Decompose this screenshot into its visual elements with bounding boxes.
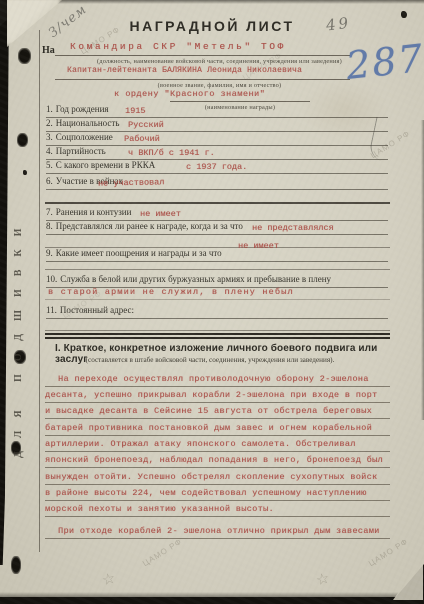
form-line — [170, 101, 310, 102]
citation-line: десанта, успешно прикрывал корабли 2-эше… — [45, 386, 390, 403]
form-vertical-rule — [39, 30, 40, 552]
field-nationality: 2.Национальность Русский — [46, 118, 388, 132]
field-rkka-service-since: 5.С какого времени в РККА с 1937 года. — [46, 160, 388, 174]
field-wounds: 7.Ранения и контузии не имеет — [46, 207, 388, 221]
field-label: Представлялся ли ранее к награде, когда … — [56, 221, 243, 231]
field-birth-year: 1.Год рождения 1915 — [46, 104, 388, 118]
field-value: не участвовал — [98, 177, 165, 188]
archive-watermark: ЦАМО РФ — [367, 537, 410, 568]
scan-edge-bottom — [0, 597, 424, 604]
punch-hole — [18, 48, 31, 64]
archive-watermark: ЦАМО РФ — [141, 537, 184, 568]
scan-edge-left — [0, 0, 9, 565]
citation-line: На переходе осуществлял противолодочную … — [45, 370, 390, 387]
field-label: Постоянный адрес: — [60, 305, 134, 315]
field-value: Рабочий — [124, 134, 160, 144]
field-label: Соцположение — [56, 132, 113, 142]
citation-text: и высадке десанта в Сейсине 15 августа о… — [45, 406, 372, 416]
field-party-membership: 4.Партийность ч ВКП/б с 1941 г. — [46, 146, 388, 160]
rank-name-caption: (военное звание, фамилия, имя и отчество… — [72, 82, 367, 89]
field-label: Партийность — [56, 146, 106, 156]
field-value: Русский — [128, 120, 164, 130]
field-label: Национальность — [56, 118, 120, 128]
field-number: 1. — [46, 104, 53, 114]
field-label: Ранения и контузии — [56, 207, 132, 217]
award-sheet-document: ЦАМО РФ ЦАМО РФ ЦАМО РФ ЦАМО РФ ЦАМО РФ … — [0, 0, 424, 604]
field-value: 1915 — [125, 106, 145, 116]
citation-line: артиллерии. Отражал атаку японского само… — [45, 435, 390, 452]
form-line — [45, 269, 390, 270]
field-value: не представлялся — [252, 223, 334, 233]
field-number: 2. — [46, 118, 53, 128]
form-line — [45, 299, 390, 300]
citation-text: в районе высоты 224, чем содействовал ус… — [45, 488, 367, 498]
form-line — [55, 55, 350, 56]
field-white-army-service: 10.Служба в белой или других буржуазных … — [46, 274, 388, 288]
double-rule — [45, 337, 390, 339]
field-value: в старой армии не служил, в плену небыл — [48, 287, 294, 297]
citation-line: и высадке десанта в Сейсине 15 августа о… — [45, 402, 390, 419]
field-commendations: 9.Какие имеет поощрения и награды и за ч… — [46, 248, 388, 262]
citation-text: При отходе кораблей 2- эшелона отлично п… — [45, 526, 380, 536]
ink-speck — [401, 11, 407, 18]
field-value: не имеет — [238, 241, 279, 251]
field-value: с 1937 года. — [186, 162, 247, 172]
folded-corner-bottom-right — [393, 558, 423, 600]
citation-text: десанта, успешно прикрывал корабли 2-эше… — [45, 390, 378, 400]
star-watermark-icon: ☆ — [100, 569, 118, 591]
field-previous-nominations: 8.Представлялся ли ранее к награде, когд… — [46, 221, 388, 235]
scan-edge-top — [55, 0, 424, 4]
field-value: ч ВКП/б с 1941 г. — [128, 148, 215, 158]
field-number: 9. — [46, 248, 53, 258]
field-number: 5. — [46, 160, 53, 170]
citation-text: артиллерии. Отражал атаку японского само… — [45, 439, 356, 449]
field-label: Год рождения — [56, 104, 109, 114]
section-separator-line — [45, 202, 390, 204]
citation-line: японский бронепоезд, наблюдал попадания … — [45, 451, 390, 468]
citation-text: морской пехоты и занятию указанной высот… — [45, 504, 274, 514]
citation-text: вынужден отойти. Успешно обстрелял скопл… — [45, 472, 378, 482]
field-label: С какого времени в РККА — [56, 160, 155, 170]
double-rule — [45, 333, 390, 335]
field-number: 4. — [46, 146, 53, 156]
citation-line: в районе высоты 224, чем содействовал ус… — [45, 484, 390, 501]
form-line — [45, 330, 390, 331]
field-number: 8. — [46, 221, 53, 231]
citation-line: вынужден отойти. Успешно обстрелял скопл… — [45, 468, 390, 485]
field-label: Какие имеет поощрения и награды и за что — [56, 248, 222, 258]
na-label: На — [42, 45, 55, 56]
field-permanent-address: 11.Постоянный адрес: — [46, 305, 388, 319]
position-unit-value: Командира СКР "Метель" ТОФ — [70, 41, 286, 52]
field-war-participation: 6.Участие в войнах не участвовал — [46, 176, 388, 190]
field-social-position: 3.Соцположение Рабочий — [46, 132, 388, 146]
form-line — [55, 79, 350, 80]
margin-filing-text: ДЛЯ ПОДШИВКИ — [13, 88, 24, 458]
field-number: 10. — [46, 274, 57, 284]
field-number: 7. — [46, 207, 53, 217]
section1-subheading: (составляется в штабе войсковой части, с… — [45, 356, 375, 364]
field-number: 11. — [46, 305, 57, 315]
punch-hole — [11, 556, 21, 574]
rank-name-value: Капитан-лейтенанта БАЛЯКИНА Леонида Нико… — [67, 66, 302, 75]
field-value: не имеет — [140, 209, 181, 219]
citation-text: батарей противника постановкой дым завес… — [45, 423, 372, 433]
blue-ink-number: 287 — [344, 36, 424, 88]
citation-text: На переходе осуществлял противолодочную … — [45, 374, 369, 384]
citation-line: морской пехоты и занятию указанной высот… — [45, 500, 390, 517]
position-unit-caption: (должность, наименование войсковой части… — [72, 58, 367, 65]
document-title: НАГРАДНОЙ ЛИСТ — [0, 18, 424, 34]
star-watermark-icon: ☆ — [314, 569, 332, 591]
citation-line: При отходе кораблей 2- эшелона отлично п… — [45, 521, 390, 539]
award-value: к ордену "Красного знамени" — [114, 89, 265, 99]
field-number: 6. — [46, 176, 53, 186]
field-label: Служба в белой или других буржуазных арм… — [60, 274, 331, 284]
field-number: 3. — [46, 132, 53, 142]
citation-text: японский бронепоезд, наблюдал попадания … — [45, 455, 383, 465]
citation-line: батарей противника постановкой дым завес… — [45, 419, 390, 436]
